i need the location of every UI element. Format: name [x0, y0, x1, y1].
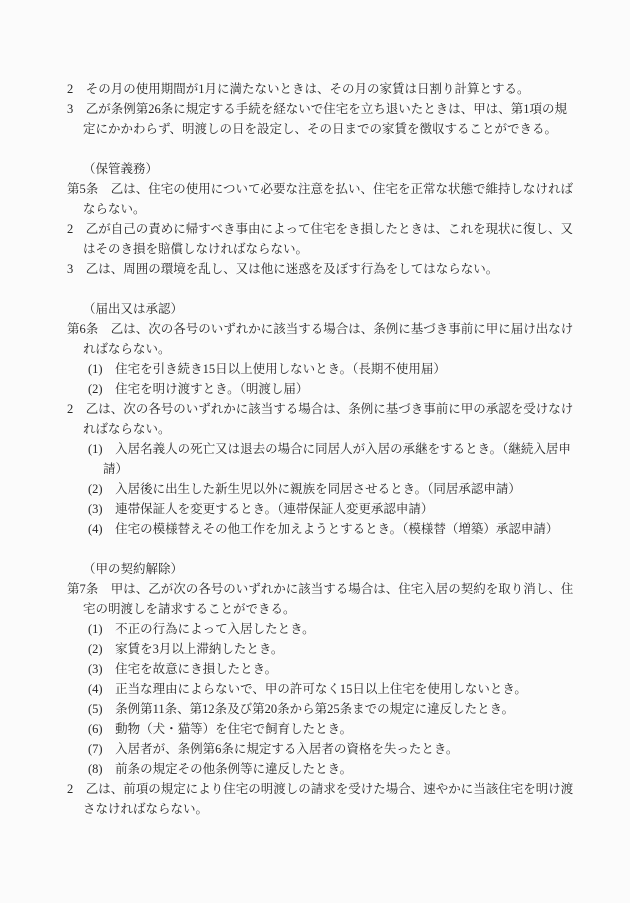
- article-heading: （保管義務）: [67, 159, 572, 179]
- item-line: (1) 不正の行為によって入居したとき。: [67, 619, 572, 639]
- paragraph-continuation-line: さなければならない。: [67, 799, 572, 819]
- paragraph-continuation-line: 宅の明渡しを請求することができる。: [67, 599, 572, 619]
- item-line: (8) 前条の規定その他条例等に違反したとき。: [67, 759, 572, 779]
- paragraph-line: 2 その月の使用期間が1月に満たないときは、その月の家賃は日割り計算とする。: [67, 79, 572, 99]
- article-heading: （届出又は承認）: [67, 299, 572, 319]
- item-line: (1) 入居名義人の死亡又は退去の場合に同居人が入居の承継をするとき。（継続入居…: [67, 439, 572, 459]
- item-line: (6) 動物（犬・猫等）を住宅で飼育したとき。: [67, 719, 572, 739]
- paragraph-continuation-line: ならない。: [67, 199, 572, 219]
- article-line: 第6条 乙は、次の各号のいずれかに該当する場合は、条例に基づき事前に甲に届け出な…: [67, 319, 572, 339]
- item-line: (7) 入居者が、条例第6条に規定する入居者の資格を失ったとき。: [67, 739, 572, 759]
- paragraph-continuation-line: ればならない。: [67, 339, 572, 359]
- paragraph-line: 3 乙は、周囲の環境を乱し、又は他に迷惑を及ぼす行為をしてはならない。: [67, 259, 572, 279]
- paragraph-line: 3 乙が条例第26条に規定する手続を経ないで住宅を立ち退いたときは、甲は、第1項…: [67, 99, 572, 119]
- section-article5-storage-duty: （保管義務） 第5条 乙は、住宅の使用について必要な注意を払い、住宅を正常な状態…: [67, 159, 572, 279]
- item-line: (1) 住宅を引き続き15日以上使用しないとき。（長期不使用届）: [67, 359, 572, 379]
- article-heading: （甲の契約解除）: [67, 559, 572, 579]
- article-line: 第5条 乙は、住宅の使用について必要な注意を払い、住宅を正常な状態で維持しなけれ…: [67, 179, 572, 199]
- paragraph-line: 2 乙が自己の責めに帰すべき事由によって住宅をき損したときは、これを現状に復し、…: [67, 219, 572, 239]
- paragraph-line: 2 乙は、前項の規定により住宅の明渡しの請求を受けた場合、速やかに当該住宅を明け…: [67, 779, 572, 799]
- paragraph-continuation-line: ればならない。: [67, 419, 572, 439]
- document-body: 2 その月の使用期間が1月に満たないときは、その月の家賃は日割り計算とする。 3…: [67, 79, 572, 819]
- document-page: 2 その月の使用期間が1月に満たないときは、その月の家賃は日割り計算とする。 3…: [0, 0, 630, 903]
- item-line: (2) 住宅を明け渡すとき。（明渡し届）: [67, 379, 572, 399]
- item-line: (5) 条例第11条、第12条及び第20条から第25条までの規定に違反したとき。: [67, 699, 572, 719]
- section-article7-contract-cancellation: （甲の契約解除） 第7条 甲は、乙が次の各号のいずれかに該当する場合は、住宅入居…: [67, 559, 572, 819]
- item-continuation-line: 請）: [67, 459, 572, 479]
- item-line: (4) 住宅の模様替えその他工作を加えようとするとき。（模様替（増築）承認申請）: [67, 519, 572, 539]
- article-line: 第7条 甲は、乙が次の各号のいずれかに該当する場合は、住宅入居の契約を取り消し、…: [67, 579, 572, 599]
- section-article6-notification-approval: （届出又は承認） 第6条 乙は、次の各号のいずれかに該当する場合は、条例に基づき…: [67, 299, 572, 539]
- paragraph-line: 2 乙は、次の各号のいずれかに該当する場合は、条例に基づき事前に甲の承認を受けな…: [67, 399, 572, 419]
- item-line: (2) 家賃を3月以上滞納したとき。: [67, 639, 572, 659]
- item-line: (4) 正当な理由によらないで、甲の許可なく15日以上住宅を使用しないとき。: [67, 679, 572, 699]
- paragraph-continuation-line: はそのき損を賠償しなければならない。: [67, 239, 572, 259]
- item-line: (3) 住宅を故意にき損したとき。: [67, 659, 572, 679]
- item-line: (3) 連帯保証人を変更するとき。（連帯保証人変更承認申請）: [67, 499, 572, 519]
- section-article4-continuation: 2 その月の使用期間が1月に満たないときは、その月の家賃は日割り計算とする。 3…: [67, 79, 572, 139]
- paragraph-continuation-line: 定にかかわらず、明渡しの日を設定し、その日までの家賃を徴収することができる。: [67, 119, 572, 139]
- item-line: (2) 入居後に出生した新生児以外に親族を同居させるとき。（同居承認申請）: [67, 479, 572, 499]
